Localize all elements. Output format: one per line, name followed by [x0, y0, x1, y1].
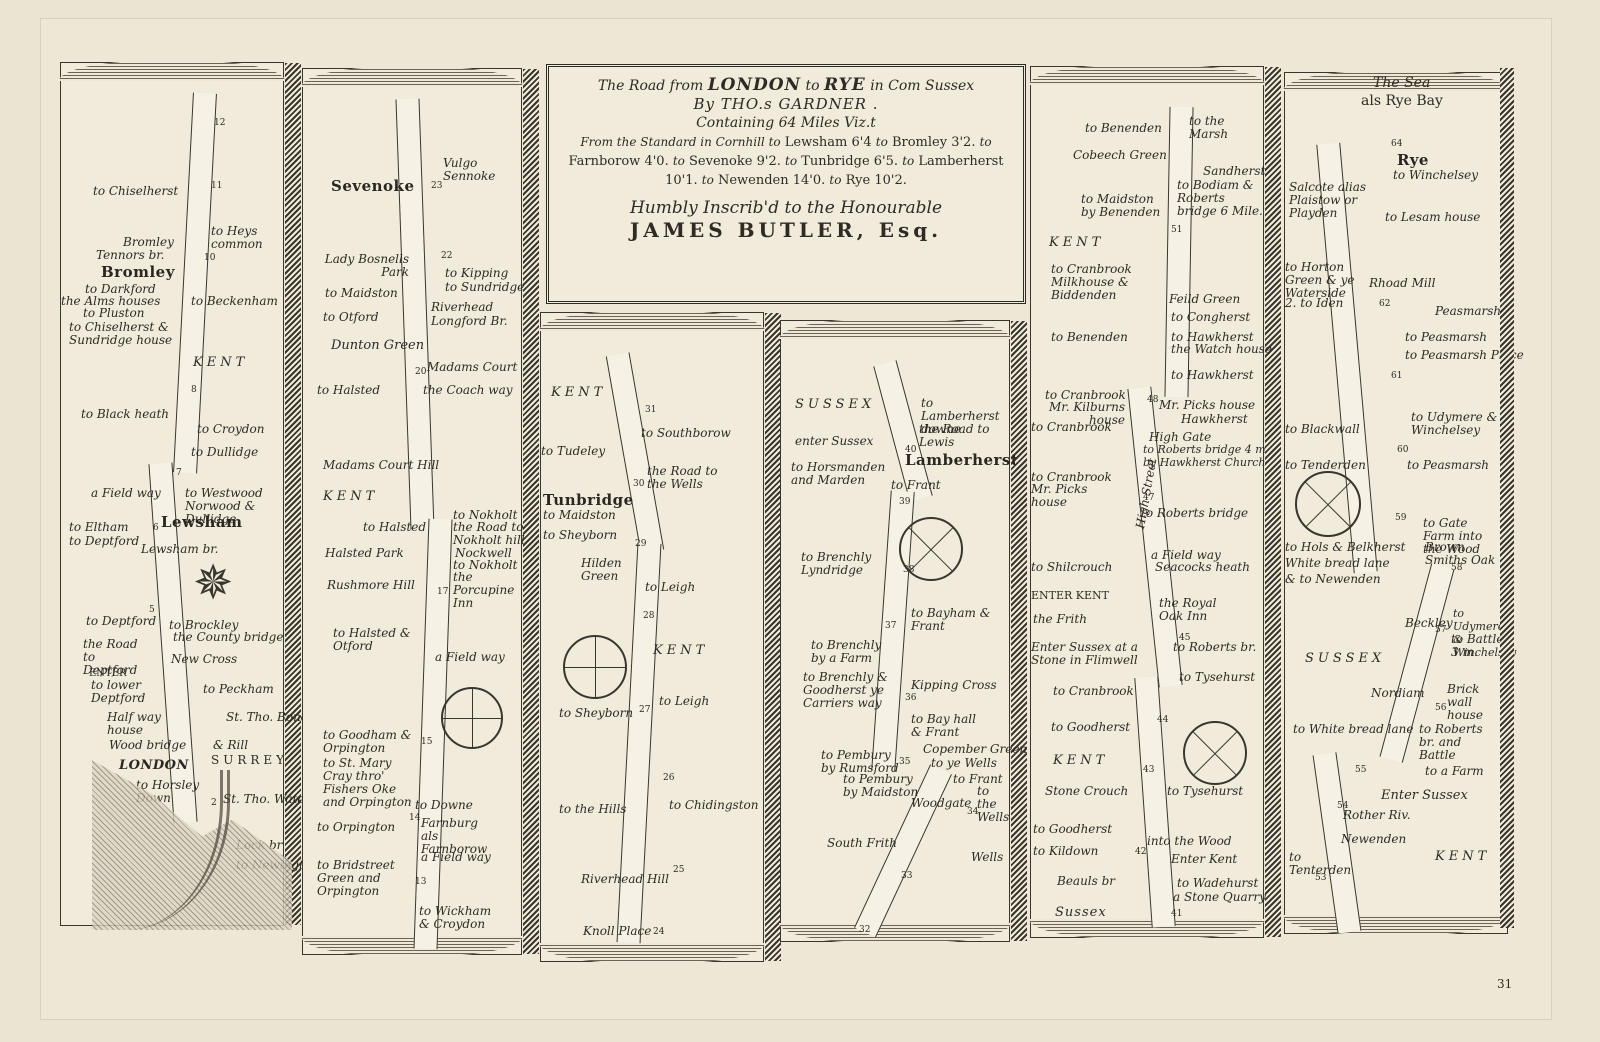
road-label: Enter Kent: [1171, 853, 1237, 866]
scroll-roll-bottom: [1029, 919, 1265, 939]
scroll-roll-top: [779, 319, 1011, 339]
road-label: to Eltham: [69, 521, 129, 534]
mile-marker: 37: [885, 621, 896, 631]
sea-label: als Rye Bay: [1361, 95, 1443, 108]
scroll-roll-right: [1500, 68, 1514, 928]
mile-marker: 25: [673, 865, 684, 875]
mile-marker: 34: [967, 807, 978, 817]
title-mid: to: [806, 78, 820, 94]
road-label: Wood bridge: [109, 739, 186, 752]
county-label: KENT: [1435, 849, 1490, 864]
road-label: to Heys common: [211, 225, 271, 251]
road-label: Cobeech Green: [1073, 149, 1167, 162]
road-label: a Field way: [91, 487, 161, 500]
mile-marker: 22: [441, 251, 452, 261]
town-lewsham: Lewsham: [161, 513, 242, 531]
scroll-roll-bottom: [1283, 915, 1509, 935]
mile-marker: 42: [1135, 847, 1146, 857]
road-label: to Cranbrook Milkhouse & Biddenden: [1051, 263, 1141, 302]
road-label: to Sheyborn: [543, 529, 617, 542]
road: [606, 352, 664, 553]
road: [1134, 676, 1175, 927]
road-label: Woodgate: [911, 797, 971, 810]
road-label: to Goodherst: [1033, 823, 1112, 836]
road-label: Beauls br: [1057, 875, 1115, 888]
road-label: to Southborow: [641, 427, 731, 440]
mile-marker: 7: [176, 468, 182, 478]
mile-marker: 44: [1157, 715, 1168, 725]
mile-marker: 11: [211, 181, 222, 191]
town-rye: Rye: [1397, 151, 1429, 169]
road-label: to Horsmanden and Marden: [791, 461, 901, 487]
road-label: to Halsted & Otford: [333, 627, 413, 653]
dedicatee: JAMES BUTLER, Esq.: [549, 218, 1023, 242]
mile-marker: 15: [421, 737, 432, 747]
mile-marker: 38: [903, 565, 914, 575]
road-label: Brick wall house: [1447, 683, 1507, 722]
county-label: SUSSEX: [795, 397, 875, 412]
road-label: White bread lane: [1285, 557, 1390, 570]
road-label: to Halsted: [363, 521, 426, 534]
distance-item: Farnborow 4'0.: [569, 154, 669, 169]
road-label: enter Sussex: [795, 435, 873, 448]
road-label: to Hawkherst: [1171, 369, 1254, 382]
county-label: SUSSEX: [1305, 651, 1385, 666]
road-label: Mr. Picks house: [1031, 483, 1111, 509]
road-label: to Cranbrook: [1053, 685, 1134, 698]
scroll-roll-top: [59, 61, 285, 81]
road-label: to Maidston: [325, 287, 398, 300]
road-label: to Chidingston: [669, 799, 758, 812]
road-label: to Bay hall & Frant: [911, 713, 981, 739]
road-label: to Chiselherst: [93, 185, 178, 198]
road-label: Halsted Park: [325, 547, 404, 560]
road-label: to Brenchly by a Farm: [811, 639, 891, 665]
road-label: to Benenden: [1085, 122, 1162, 135]
road-label: to Sheyborn: [559, 707, 633, 720]
mile-marker: 12: [214, 118, 225, 128]
road-label: Copember Green: [923, 743, 1027, 756]
road-label: to Peasmarsh: [1407, 459, 1489, 472]
road-label: to Congherst: [1171, 311, 1250, 324]
mile-marker: 23: [431, 181, 442, 191]
road-label: Seacocks heath: [1155, 561, 1250, 574]
road-label: to Winchelsey: [1393, 169, 1478, 182]
sea-label: The Sea: [1373, 77, 1430, 90]
road-label: to Tysehurst: [1167, 785, 1243, 798]
road-label: to a Farm: [1425, 765, 1484, 778]
scroll-roll-top: [539, 311, 765, 331]
distance-list: From the Standard in Cornhill to Lewsham…: [557, 133, 1015, 190]
county-label: SURREY: [211, 753, 288, 767]
road-label: to Horton Green & ye Waterside: [1285, 261, 1355, 300]
page-number: 31: [1497, 977, 1512, 991]
county-label: Sussex: [1055, 905, 1107, 920]
road-label: a Field way: [435, 651, 505, 664]
county-label: KENT: [1049, 235, 1104, 250]
road-label: Nordiam: [1371, 687, 1425, 700]
road-label: to Deptford: [86, 615, 156, 628]
road-label: Hawkherst: [1181, 413, 1248, 426]
road-label: to Croydon: [197, 423, 264, 436]
road-label: to Bridstreet Green and Orpington: [317, 859, 399, 898]
road-label: to Benenden: [1051, 331, 1128, 344]
distance-item: Rye 10'2.: [846, 173, 907, 188]
road-label: Madams Court Hill: [323, 459, 439, 472]
road-label: Mr. Picks house: [1159, 399, 1255, 412]
road-label: to Black heath: [81, 408, 169, 421]
road-label: Hilden Green: [581, 557, 631, 583]
road-label: to Chiselherst & Sundridge house: [69, 321, 179, 347]
road-label: to Cranbrook: [1031, 421, 1112, 434]
county-label: KENT: [551, 385, 606, 400]
town-bromley: Bromley: [101, 263, 175, 281]
road-label: to Leigh: [645, 581, 695, 594]
road-label: Feild Green: [1169, 293, 1240, 306]
road-label: the Coach way: [423, 384, 513, 397]
road-label: to the Marsh: [1189, 115, 1249, 141]
scroll-roll-top: [1029, 65, 1265, 85]
road-label: to Goodherst: [1051, 721, 1130, 734]
road-label: Riverhead Hill: [581, 873, 669, 886]
mile-marker: 53: [1315, 873, 1326, 883]
road-label: South Frith: [827, 837, 897, 850]
road-label: to Pluston: [83, 307, 144, 320]
mile-marker: 20: [415, 367, 426, 377]
mile-marker: 58: [1451, 563, 1462, 573]
road-label: Enter Sussex: [1381, 789, 1468, 802]
scroll-roll-top: [301, 67, 523, 87]
road-label: Madams Court: [427, 361, 517, 374]
road-label: to Battle 3 m.: [1451, 633, 1507, 659]
road-label: Enter Sussex at a Stone in Flimwell: [1031, 641, 1151, 667]
mile-marker: 39: [899, 497, 910, 507]
author-line: By THO.s GARDNER .: [549, 95, 1023, 113]
road-label: Rushmore Hill: [327, 579, 415, 592]
scroll-roll-bottom: [539, 943, 765, 963]
road-label: to Deptford: [69, 535, 139, 548]
mile-marker: 17: [437, 587, 448, 597]
road-label: to Udymere & Winchelsey: [1411, 411, 1501, 437]
mile-marker: 59: [1395, 513, 1406, 523]
distance-intro: From the Standard in Cornhill to: [580, 135, 780, 149]
road-label: Peasmarsh: [1435, 305, 1501, 318]
road-label: to Maidston: [543, 509, 616, 522]
road-label: to Wickham & Croydon: [419, 905, 499, 931]
mile-marker: 14: [409, 813, 420, 823]
road-label: to White bread lane: [1293, 723, 1414, 736]
compass-circle-icon: [441, 687, 503, 749]
distance-item: Sevenoke 9'2.: [689, 154, 781, 169]
road-label: to Maidston by Benenden: [1081, 193, 1171, 219]
title-suffix: in Com Sussex: [870, 78, 974, 94]
road-label: 2. to Iden: [1285, 297, 1343, 310]
total-miles: Containing 64 Miles Viz.t: [549, 115, 1023, 131]
road-label: the Road to the Wells: [647, 465, 727, 491]
road-label: Salcote alias Plaistow or Playden: [1289, 181, 1375, 220]
mile-marker: 43: [1143, 765, 1154, 775]
road-label: to Shilcrouch: [1031, 561, 1112, 574]
road-label: to Kipping: [445, 267, 508, 280]
mile-marker: 30: [633, 479, 644, 489]
mile-marker: 33: [901, 871, 912, 881]
road-label: a Stone Quarry: [1173, 891, 1266, 904]
mile-marker: 26: [663, 773, 674, 783]
road-strip-5: to Benenden to the Marsh Cobeech Green S…: [1030, 66, 1264, 938]
road-label: to lower Deptford: [91, 679, 161, 705]
mile-marker: 62: [1379, 299, 1390, 309]
road-label: to Tysehurst: [1179, 671, 1255, 684]
scroll-roll-bottom: [301, 936, 523, 956]
mile-marker: 60: [1397, 445, 1408, 455]
road-label: to Blackwall: [1285, 423, 1360, 436]
mile-marker: 56: [1435, 703, 1446, 713]
road-label: to the Wells: [977, 785, 1007, 824]
road-label: to Kildown: [1033, 845, 1098, 858]
distance-item: Lewsham 6'4: [785, 135, 872, 150]
scroll-edge: [1011, 321, 1027, 941]
road-label: Stone Crouch: [1045, 785, 1128, 798]
road-label: the County bridge: [173, 631, 283, 644]
road-label: to Downe: [415, 799, 473, 812]
mile-marker: 35: [899, 757, 910, 767]
road-label: Vulgo Sennoke: [443, 157, 498, 183]
road-label: to St. Mary Cray thro' Fishers Oke and O…: [323, 757, 413, 809]
road-label: Lady Bosnells Park: [313, 253, 409, 279]
title-to: RYE: [824, 75, 866, 95]
title-cartouche: The Road from LONDON to RYE in Com Susse…: [546, 64, 1026, 304]
road-strip-4: SUSSEX to Lamberherst downe the Road to …: [780, 320, 1010, 942]
mile-marker: 27: [639, 705, 650, 715]
road: [173, 93, 217, 474]
road-label: the Road to Nokholt hill: [453, 521, 525, 547]
distance-item: Bromley 3'2.: [892, 135, 976, 150]
distance-item: Tunbridge 6'5.: [801, 154, 898, 169]
mile-marker: 10: [204, 253, 215, 263]
road-label: to Roberts bridge: [1141, 507, 1248, 520]
mile-marker: 55: [1355, 765, 1366, 775]
mile-marker: 64: [1391, 139, 1402, 149]
dedication: Humbly Inscrib'd to the Honourable: [549, 198, 1023, 218]
distance-item: Newenden 14'0.: [718, 173, 825, 188]
mile-marker: 29: [635, 539, 646, 549]
road-label: to ye Wells: [931, 757, 997, 770]
road-label: to Wadehurst: [1177, 877, 1258, 890]
road-label: to Otford: [323, 311, 379, 324]
road-label: ENTER KENT: [1031, 589, 1109, 602]
county-label: KENT: [193, 355, 248, 370]
road-label: to Orpington: [317, 821, 395, 834]
road-label: the Porcupine Inn: [453, 571, 523, 610]
mile-marker: 32: [859, 925, 870, 935]
road-label: to Peckham: [203, 683, 274, 696]
road-label: to Sundridge: [445, 281, 524, 294]
town-sevenoke: Sevenoke: [331, 177, 414, 195]
road-label: to Roberts br. and Battle: [1419, 723, 1499, 762]
road-label: to Peasmarsh: [1405, 331, 1487, 344]
road-label: to the Hills: [559, 803, 626, 816]
road-label: Rhoad Mill: [1369, 277, 1435, 290]
road-label: into the Wood: [1147, 835, 1232, 848]
road-label: Dunton Green: [331, 339, 424, 352]
road-label: New Cross: [171, 653, 237, 666]
road-label: to Tudeley: [541, 445, 605, 458]
road-label: to Roberts bridge 4 m by Hawkherst Churc…: [1143, 443, 1267, 469]
mile-marker: 47: [1143, 493, 1154, 503]
county-label: KENT: [323, 489, 378, 504]
road-label: to Goodham & Orpington: [323, 729, 413, 755]
road-label: Kipping Cross: [911, 679, 997, 692]
mile-marker: 51: [1171, 225, 1182, 235]
map-title: The Road from LONDON to RYE in Com Susse…: [549, 75, 1023, 95]
road-label: to Dullidge: [191, 446, 258, 459]
county-label: KENT: [653, 643, 708, 658]
mile-marker: 41: [1171, 909, 1182, 919]
mile-marker: 57: [1435, 625, 1446, 635]
road-label: a Field way: [421, 851, 491, 864]
mile-marker: 6: [153, 523, 159, 533]
scroll-edge: [765, 313, 781, 961]
mile-marker: 8: [191, 385, 197, 395]
road-label: Rother Riv.: [1343, 809, 1411, 822]
road-strip-3: KENT 31 to Southborow to Tudeley 30 the …: [540, 312, 764, 962]
road-label: to Bodiam & Roberts bridge 6 Mile.: [1177, 179, 1263, 218]
road-label: to Beckenham: [191, 295, 278, 308]
road-label: to Frant: [891, 479, 941, 492]
town-tunbridge: Tunbridge: [543, 491, 634, 509]
compass-circle-icon: [563, 635, 627, 699]
road-label: Newenden: [1341, 833, 1406, 846]
road-label: the Watch house: [1171, 343, 1272, 356]
scroll-roll-bottom: [779, 923, 1011, 943]
mile-marker: 36: [905, 693, 916, 703]
road-strip-6: The Sea als Rye Bay 64 Rye to Winchelsey…: [1284, 72, 1508, 934]
mile-marker: 28: [643, 611, 654, 621]
road-label: Wells: [971, 851, 1003, 864]
road-label: to Bayham & Frant: [911, 607, 991, 633]
road-label: Knoll Place: [583, 925, 651, 938]
road-label: to Roberts br.: [1173, 641, 1256, 654]
mile-marker: 13: [415, 877, 426, 887]
road-label: Sandherst: [1203, 165, 1265, 178]
road-label: to Hols & Belkherst: [1285, 541, 1405, 554]
road-strip-2: Sevenoke 23 Vulgo Sennoke 22 Lady Bosnel…: [302, 68, 522, 955]
road-label: to Halsted: [317, 384, 380, 397]
road-label: Tennors br.: [96, 249, 164, 262]
mile-marker: 31: [645, 405, 656, 415]
road-label: to Brenchly & Goodherst ye Carriers way: [803, 671, 893, 710]
title-from: LONDON: [708, 75, 801, 95]
mile-marker: 24: [653, 927, 664, 937]
road-label: Brown Smiths Oak: [1425, 541, 1505, 567]
road-label: & to Newenden: [1285, 573, 1381, 586]
scroll-edge: [523, 69, 539, 954]
scroll-edge: [1265, 67, 1281, 937]
road-label: the Royal Oak Inn: [1159, 597, 1229, 623]
compass-rose-icon: ✵: [193, 559, 233, 607]
road-label: Longford Br.: [431, 315, 508, 328]
road-label: to Brenchly Lyndridge: [801, 551, 881, 577]
road-label: Riverhead: [431, 301, 493, 314]
road-label: to Lesam house: [1385, 211, 1480, 224]
town-lamberherst: Lamberherst: [905, 451, 1018, 469]
mile-marker: 48: [1147, 395, 1158, 405]
road-label: to Leigh: [659, 695, 709, 708]
road-label: the Frith: [1033, 613, 1087, 626]
mile-marker: 61: [1391, 371, 1402, 381]
title-prefix: The Road from: [598, 78, 703, 94]
road-label: & Rill: [213, 739, 248, 752]
road-label: the Road to Lewis: [919, 423, 999, 449]
county-label: KENT: [1053, 753, 1108, 768]
road-label: Half way house: [107, 711, 167, 737]
